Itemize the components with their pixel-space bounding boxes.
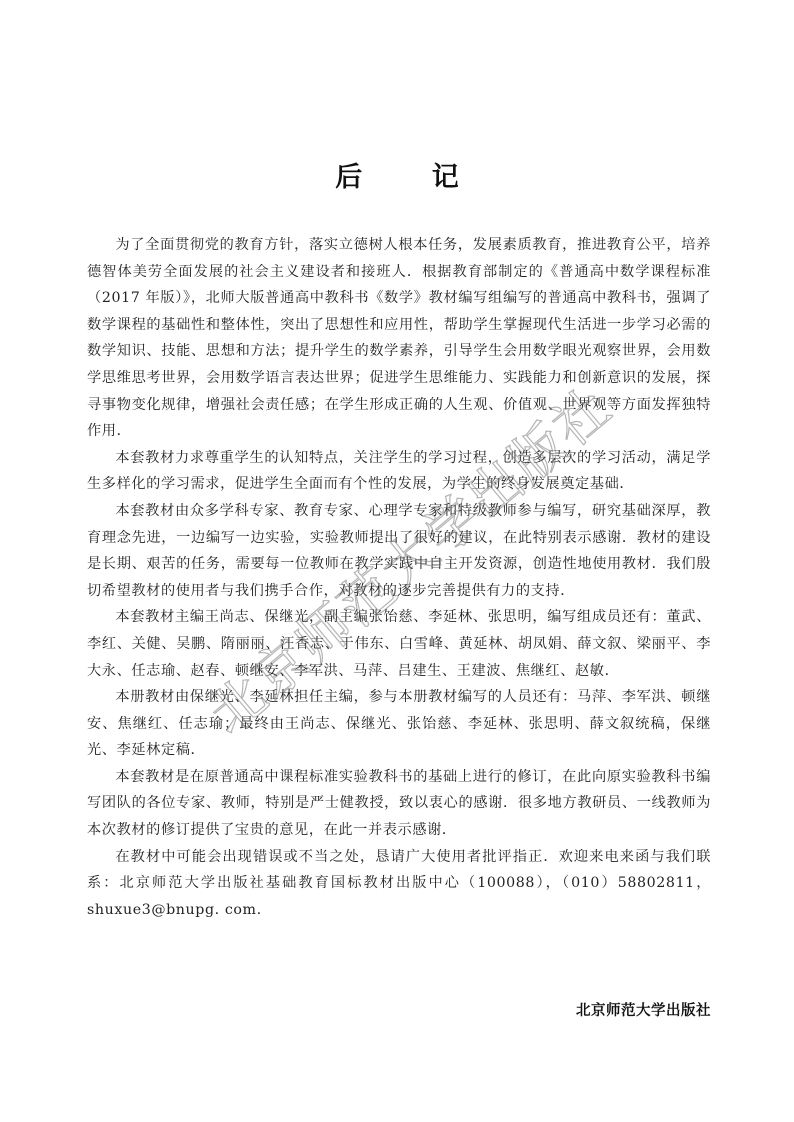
afterword-body: 为了全面贯彻党的教育方针，落实立德树人根本任务，发展素质教育，推进教育公平，培养… [87, 232, 711, 923]
document-page: 后 记 为了全面贯彻党的教育方针，落实立德树人根本任务，发展素质教育，推进教育公… [0, 0, 794, 1122]
paragraph-authors-experts: 本套教材由众多学科专家、教育专家、心理学专家和特级教师参与编写，研究基础深厚，教… [87, 498, 711, 604]
paragraph-editors-list: 本套教材主编王尚志、保继光，副主编张饴慈、李延林、张思明，编写组成员还有：董武、… [87, 604, 711, 684]
paragraph-education-policy: 为了全面贯彻党的教育方针，落实立德树人根本任务，发展素质教育，推进教育公平，培养… [87, 232, 711, 445]
paragraph-student-focus: 本套教材力求尊重学生的认知特点，关注学生的学习过程，创造多层次的学习活动，满足学… [87, 445, 711, 498]
page-title: 后 记 [0, 160, 794, 196]
publisher-signature: 北京师范大学出版社 [576, 1000, 711, 1022]
paragraph-contact-info: 在教材中可能会出现错误或不当之处，恳请广大使用者批评指正．欢迎来电来函与我们联系… [87, 844, 711, 924]
paragraph-volume-editors: 本册教材由保继光、李延林担任主编，参与本册教材编写的人员还有：马萍、李军洪、顿继… [87, 684, 711, 764]
paragraph-revision-thanks: 本套教材是在原普通高中课程标准实验教科书的基础上进行的修订，在此向原实验教科书编… [87, 764, 711, 844]
